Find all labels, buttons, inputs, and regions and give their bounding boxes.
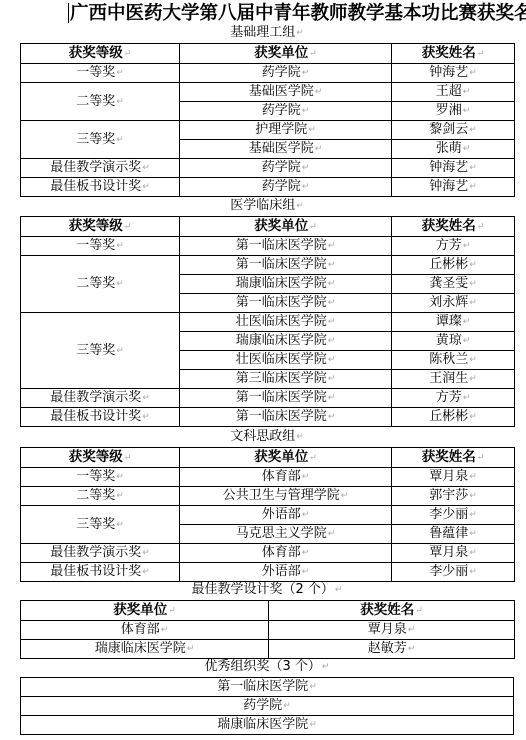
- cell-unit: 第一临床医学院↵: [180, 237, 392, 256]
- header-unit: 获奖单位↵: [180, 448, 392, 468]
- paragraph-mark-icon: ↵: [142, 393, 150, 403]
- cell-unit: 基础医学院↵: [180, 140, 392, 159]
- cell-name: 黎剑云↵: [392, 121, 515, 140]
- cell-name: 丘彬彬↵: [392, 256, 515, 275]
- cell-name: 钟海艺↵: [392, 64, 515, 83]
- award-table-basic-science: 获奖等级↵ 获奖单位↵ 获奖姓名↵ 一等奖↵ 药学院↵ 钟海艺↵ 二等奖↵ 基础…: [20, 43, 515, 197]
- cell-level: 最佳教学演示奖↵: [21, 389, 180, 408]
- paragraph-mark-icon: ↵: [328, 260, 336, 270]
- paragraph-mark-icon: ↵: [328, 336, 336, 346]
- paragraph-mark-icon: ↵: [142, 548, 150, 558]
- cell-unit: 公共卫生与管理学院↵: [180, 487, 392, 506]
- paragraph-mark-icon: ↵: [469, 529, 477, 539]
- cell-unit: 第一临床医学院↵: [180, 256, 392, 275]
- table-row: 最佳教学演示奖↵ 第一临床医学院↵ 方芳↵: [21, 389, 515, 408]
- paragraph-mark-icon: ↵: [477, 222, 485, 232]
- cell-level: 最佳板书设计奖↵: [21, 563, 180, 582]
- cell-name: 王润生↵: [392, 370, 515, 389]
- table-row: 三等奖↵ 壮医临床医学院↵ 谭璨↵: [21, 313, 515, 332]
- paragraph-mark-icon: ↵: [296, 201, 304, 211]
- table-row: 瑞康临床医学院↵ 赵敏芳↵: [21, 640, 515, 659]
- paragraph-mark-icon: ↵: [408, 644, 416, 654]
- cell-name: 李少丽↵: [392, 506, 515, 525]
- paragraph-mark-icon: ↵: [168, 606, 176, 616]
- cell-unit: 第一临床医学院↵: [180, 408, 392, 427]
- paragraph-mark-icon: ↵: [469, 298, 477, 308]
- document-title: 广西中医药大学第八届中青年教师教学基本功比赛获奖名单↵: [70, 2, 526, 26]
- cell-name: 覃月泉↵: [269, 621, 515, 640]
- cell-unit: 马克思主义学院↵: [180, 525, 392, 544]
- cell-unit: 第一临床医学院↵: [180, 294, 392, 313]
- paragraph-mark-icon: ↵: [328, 317, 336, 327]
- cell-level: 最佳教学演示奖↵: [21, 544, 180, 563]
- cell-name: 覃月泉↵: [392, 544, 515, 563]
- cell-unit: 第三临床医学院↵: [180, 370, 392, 389]
- cell-unit: 体育部↵: [180, 544, 392, 563]
- cell-unit: 药学院↵: [180, 102, 392, 121]
- cell-level: 最佳板书设计奖↵: [21, 178, 180, 197]
- header-name: 获奖姓名↵: [392, 44, 515, 64]
- cell-level: 一等奖↵: [21, 64, 180, 83]
- table-row: 一等奖↵ 药学院↵ 钟海艺↵: [21, 64, 515, 83]
- paragraph-mark-icon: ↵: [469, 510, 477, 520]
- cell-level: 二等奖↵: [21, 256, 180, 313]
- paragraph-mark-icon: ↵: [408, 625, 416, 635]
- cell-unit: 药学院↵: [21, 697, 514, 716]
- paragraph-mark-icon: ↵: [469, 182, 477, 192]
- award-table-clinical: 获奖等级↵ 获奖单位↵ 获奖姓名↵ 一等奖↵ 第一临床医学院↵ 方芳↵ 二等奖↵…: [20, 216, 515, 427]
- paragraph-mark-icon: ↵: [142, 182, 150, 192]
- section-heading-basic-science: 基础理工组↵: [20, 24, 514, 42]
- table-row: 三等奖↵ 外语部↵ 李少丽↵: [21, 506, 515, 525]
- header-level: 获奖等级↵: [21, 44, 180, 64]
- cell-name: 谭璨↵: [392, 313, 515, 332]
- cell-name: 覃月泉↵: [392, 468, 515, 487]
- cell-unit: 瑞康临床医学院↵: [180, 332, 392, 351]
- paragraph-mark-icon: ↵: [124, 49, 132, 59]
- paragraph-mark-icon: ↵: [469, 163, 477, 173]
- cell-name: 鲁蕴律↵: [392, 525, 515, 544]
- cell-unit: 外语部↵: [180, 506, 392, 525]
- cell-unit: 药学院↵: [180, 178, 392, 197]
- cell-name: 龚圣雯↵: [392, 275, 515, 294]
- cell-name: 赵敏芳↵: [269, 640, 515, 659]
- cell-unit: 瑞康临床医学院↵: [21, 640, 269, 659]
- paragraph-mark-icon: ↵: [463, 393, 471, 403]
- paragraph-mark-icon: ↵: [116, 520, 124, 530]
- cell-unit: 药学院↵: [180, 159, 392, 178]
- cell-level: 最佳板书设计奖↵: [21, 408, 180, 427]
- section-heading-clinical: 医学临床组↵: [20, 197, 514, 215]
- paragraph-mark-icon: ↵: [142, 163, 150, 173]
- cell-name: 张萌↵: [392, 140, 515, 159]
- cell-level: 三等奖↵: [21, 313, 180, 389]
- section-heading-design-award: 最佳教学设计奖（2 个）↵: [20, 581, 514, 599]
- paragraph-mark-icon: ↵: [309, 453, 317, 463]
- paragraph-mark-icon: ↵: [469, 491, 477, 501]
- table-row: 体育部↵ 覃月泉↵: [21, 621, 515, 640]
- paragraph-mark-icon: ↵: [477, 453, 485, 463]
- table-row: 最佳教学演示奖↵ 体育部↵ 覃月泉↵: [21, 544, 515, 563]
- paragraph-mark-icon: ↵: [124, 453, 132, 463]
- paragraph-mark-icon: ↵: [469, 260, 477, 270]
- paragraph-mark-icon: ↵: [116, 68, 124, 78]
- text-cursor: [68, 3, 69, 23]
- cell-unit: 基础医学院↵: [180, 83, 392, 102]
- paragraph-mark-icon: ↵: [469, 68, 477, 78]
- cell-name: 钟海艺↵: [392, 178, 515, 197]
- paragraph-mark-icon: ↵: [469, 472, 477, 482]
- paragraph-mark-icon: ↵: [328, 298, 336, 308]
- header-unit: 获奖单位↵: [180, 44, 392, 64]
- paragraph-mark-icon: ↵: [116, 279, 124, 289]
- cell-unit: 体育部↵: [180, 468, 392, 487]
- paragraph-mark-icon: ↵: [309, 720, 317, 730]
- org-award-table: 第一临床医学院↵ 药学院↵ 瑞康临床医学院↵: [20, 677, 514, 735]
- paragraph-mark-icon: ↵: [469, 548, 477, 558]
- cell-name: 丘彬彬↵: [392, 408, 515, 427]
- design-award-table: 获奖单位↵ 获奖姓名↵ 体育部↵ 覃月泉↵ 瑞康临床医学院↵ 赵敏芳↵: [20, 600, 515, 659]
- paragraph-mark-icon: ↵: [116, 135, 124, 145]
- cell-name: 王超↵: [392, 83, 515, 102]
- paragraph-mark-icon: ↵: [322, 662, 330, 672]
- cell-name: 郭宇莎↵: [392, 487, 515, 506]
- paragraph-mark-icon: ↵: [302, 548, 310, 558]
- table-row: 药学院↵: [21, 697, 514, 716]
- cell-unit: 第一临床医学院↵: [21, 678, 514, 697]
- paragraph-mark-icon: ↵: [302, 106, 310, 116]
- paragraph-mark-icon: ↵: [116, 472, 124, 482]
- cell-unit: 第一临床医学院↵: [180, 389, 392, 408]
- table-row: 最佳教学演示奖↵ 药学院↵ 钟海艺↵: [21, 159, 515, 178]
- paragraph-mark-icon: ↵: [142, 412, 150, 422]
- paragraph-mark-icon: ↵: [302, 510, 310, 520]
- paragraph-mark-icon: ↵: [328, 412, 336, 422]
- paragraph-mark-icon: ↵: [469, 374, 477, 384]
- paragraph-mark-icon: ↵: [142, 567, 150, 577]
- paragraph-mark-icon: ↵: [469, 355, 477, 365]
- paragraph-mark-icon: ↵: [328, 393, 336, 403]
- paragraph-mark-icon: ↵: [308, 125, 316, 135]
- cell-level: 一等奖↵: [21, 468, 180, 487]
- table-row: 最佳板书设计奖↵ 药学院↵ 钟海艺↵: [21, 178, 515, 197]
- paragraph-mark-icon: ↵: [187, 644, 195, 654]
- paragraph-mark-icon: ↵: [315, 144, 323, 154]
- paragraph-mark-icon: ↵: [328, 529, 336, 539]
- paragraph-mark-icon: ↵: [283, 701, 291, 711]
- award-table-liberal-arts: 获奖等级↵ 获奖单位↵ 获奖姓名↵ 一等奖↵ 体育部↵ 覃月泉↵ 二等奖↵ 公共…: [20, 447, 515, 582]
- header-name: 获奖姓名↵: [269, 601, 515, 621]
- paragraph-mark-icon: ↵: [469, 567, 477, 577]
- cell-unit: 瑞康临床医学院↵: [21, 716, 514, 735]
- cell-level: 最佳教学演示奖↵: [21, 159, 180, 178]
- paragraph-mark-icon: ↵: [302, 163, 310, 173]
- cell-unit: 壮医临床医学院↵: [180, 351, 392, 370]
- cell-unit: 瑞康临床医学院↵: [180, 275, 392, 294]
- cell-name: 李少丽↵: [392, 563, 515, 582]
- table-row: 一等奖↵ 体育部↵ 覃月泉↵: [21, 468, 515, 487]
- table-header-row: 获奖等级↵ 获奖单位↵ 获奖姓名↵: [21, 448, 515, 468]
- header-level: 获奖等级↵: [21, 217, 180, 237]
- header-name: 获奖姓名↵: [392, 448, 515, 468]
- paragraph-mark-icon: ↵: [296, 28, 304, 38]
- paragraph-mark-icon: ↵: [341, 491, 349, 501]
- cell-name: 方芳↵: [392, 389, 515, 408]
- paragraph-mark-icon: ↵: [463, 87, 471, 97]
- paragraph-mark-icon: ↵: [415, 606, 423, 616]
- cell-level: 一等奖↵: [21, 237, 180, 256]
- paragraph-mark-icon: ↵: [463, 336, 471, 346]
- paragraph-mark-icon: ↵: [463, 241, 471, 251]
- cell-level: 二等奖↵: [21, 83, 180, 121]
- paragraph-mark-icon: ↵: [328, 355, 336, 365]
- paragraph-mark-icon: ↵: [302, 567, 310, 577]
- header-name: 获奖姓名↵: [392, 217, 515, 237]
- cell-unit: 护理学院↵: [180, 121, 392, 140]
- paragraph-mark-icon: ↵: [477, 49, 485, 59]
- cell-unit: 药学院↵: [180, 64, 392, 83]
- cell-name: 罗湘↵: [392, 102, 515, 121]
- paragraph-mark-icon: ↵: [469, 412, 477, 422]
- paragraph-mark-icon: ↵: [469, 125, 477, 135]
- section-heading-org-award: 优秀组织奖（3 个）↵: [20, 658, 514, 676]
- paragraph-mark-icon: ↵: [161, 625, 169, 635]
- paragraph-mark-icon: ↵: [463, 106, 471, 116]
- paragraph-mark-icon: ↵: [309, 49, 317, 59]
- paragraph-mark-icon: ↵: [469, 279, 477, 289]
- cell-unit: 壮医临床医学院↵: [180, 313, 392, 332]
- cell-name: 黄琼↵: [392, 332, 515, 351]
- paragraph-mark-icon: ↵: [302, 182, 310, 192]
- paragraph-mark-icon: ↵: [328, 279, 336, 289]
- paragraph-mark-icon: ↵: [116, 97, 124, 107]
- paragraph-mark-icon: ↵: [116, 346, 124, 356]
- table-row: 二等奖↵ 第一临床医学院↵ 丘彬彬↵: [21, 256, 515, 275]
- paragraph-mark-icon: ↵: [309, 682, 317, 692]
- table-header-row: 获奖等级↵ 获奖单位↵ 获奖姓名↵: [21, 217, 515, 237]
- table-header-row: 获奖单位↵ 获奖姓名↵: [21, 601, 515, 621]
- header-unit: 获奖单位↵: [21, 601, 269, 621]
- cell-unit: 外语部↵: [180, 563, 392, 582]
- paragraph-mark-icon: ↵: [116, 491, 124, 501]
- paragraph-mark-icon: ↵: [335, 585, 343, 595]
- cell-level: 三等奖↵: [21, 506, 180, 544]
- paragraph-mark-icon: ↵: [463, 144, 471, 154]
- cell-name: 陈秋兰↵: [392, 351, 515, 370]
- table-row: 瑞康临床医学院↵: [21, 716, 514, 735]
- paragraph-mark-icon: ↵: [328, 374, 336, 384]
- section-heading-liberal-arts: 文科思政组↵: [20, 428, 514, 446]
- cell-level: 二等奖↵: [21, 487, 180, 506]
- paragraph-mark-icon: ↵: [124, 222, 132, 232]
- paragraph-mark-icon: ↵: [328, 241, 336, 251]
- header-level: 获奖等级↵: [21, 448, 180, 468]
- paragraph-mark-icon: ↵: [463, 317, 471, 327]
- table-row: 最佳板书设计奖↵ 外语部↵ 李少丽↵: [21, 563, 515, 582]
- paragraph-mark-icon: ↵: [315, 87, 323, 97]
- table-row: 三等奖↵ 护理学院↵ 黎剑云↵: [21, 121, 515, 140]
- table-row: 第一临床医学院↵: [21, 678, 514, 697]
- header-unit: 获奖单位↵: [180, 217, 392, 237]
- paragraph-mark-icon: ↵: [296, 432, 304, 442]
- table-row: 二等奖↵ 基础医学院↵ 王超↵: [21, 83, 515, 102]
- paragraph-mark-icon: ↵: [302, 68, 310, 78]
- paragraph-mark-icon: ↵: [309, 222, 317, 232]
- cell-unit: 体育部↵: [21, 621, 269, 640]
- table-row: 一等奖↵ 第一临床医学院↵ 方芳↵: [21, 237, 515, 256]
- table-row: 二等奖↵ 公共卫生与管理学院↵ 郭宇莎↵: [21, 487, 515, 506]
- cell-name: 刘永辉↵: [392, 294, 515, 313]
- table-header-row: 获奖等级↵ 获奖单位↵ 获奖姓名↵: [21, 44, 515, 64]
- cell-level: 三等奖↵: [21, 121, 180, 159]
- table-row: 最佳板书设计奖↵ 第一临床医学院↵ 丘彬彬↵: [21, 408, 515, 427]
- paragraph-mark-icon: ↵: [302, 472, 310, 482]
- cell-name: 钟海艺↵: [392, 159, 515, 178]
- paragraph-mark-icon: ↵: [116, 241, 124, 251]
- cell-name: 方芳↵: [392, 237, 515, 256]
